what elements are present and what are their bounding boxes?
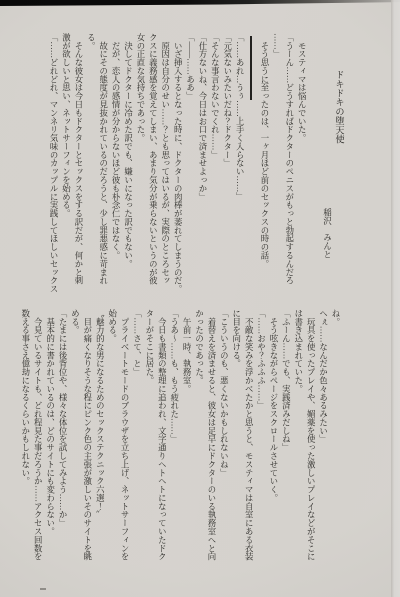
text-column: 基本的に書かれているのは、どのサイトにも変わらない。 (43, 309, 55, 570)
text-column: 〝魅力的な男になるためのセックステクニック六選！〟 (93, 309, 105, 570)
scan-artifact-mark (40, 588, 46, 590)
text-column: 「仕方ないね、今日はお口で済ませよっか」 (196, 33, 208, 294)
text-column: に目を向ける。 (229, 309, 241, 570)
text-column: 「うーん……どうすればドクターのペニスがもっと勃起するんだろ (282, 33, 294, 294)
text-column: 目が痛くなりそうな程にピンク色の主張が激しいそのサイトを眺 (80, 309, 92, 570)
scan-edge-top (0, 0, 400, 6)
page-edge-right (391, 0, 400, 597)
text-column: モスティマは悩んでいた。 (295, 33, 307, 294)
text-column: 「――……ああ」 (183, 33, 195, 294)
text-column: 「うあ〜……も、もう疲れた……」 (167, 309, 179, 570)
text-column: 今見ているサイトも、どれ程見た事だろうか……アクセス回数を (31, 309, 43, 570)
text-column: 故にその態度が見抜かれているのだろうと、少し罪悪感に苛まれ (96, 33, 108, 294)
text-column: 「こういうのも、悪くないかもしれないね」 (217, 309, 229, 570)
text-column: 「……おや？ふふふ……」 (254, 309, 266, 570)
text-column: クスに義務感を覚えてしまい、あまり気分が乗らないというのが彼 (146, 33, 158, 294)
text-column: 「……どれどれ、マンネリ気味のカップルに実践してほしいセックス (47, 33, 59, 294)
text-column: る。 (84, 33, 96, 294)
text-column: 激が欲しいと思い、ネットサーフィンを始める。 (59, 33, 71, 294)
upper-text-band: ドキドキの堕天使稲沢 みんと モスティマは悩んでいた。「うーん……どうすればドク… (47, 33, 345, 294)
text-column: そんな彼女は今日もドクターとセックスをする訳だが、何かと刺 (71, 33, 83, 294)
scene-break-rule (245, 33, 257, 294)
text-column: 玩具を使ったプレイや、媚薬を使った激しいプレイなどがそこに (304, 309, 316, 570)
text-column: 午前一時、執務室。 (180, 309, 192, 570)
lower-text-band: ね。へぇ……なんだか色々あるみたい」 玩具を使ったプレイや、媚薬を使った激しいプ… (18, 309, 341, 570)
text-column: 数える事さえ億劫になるくらいかもしれない。 (18, 309, 30, 570)
author-column: 稲沢 みんと (320, 33, 332, 294)
scanned-book-page: ドキドキの堕天使稲沢 みんと モスティマは悩んでいた。「うーん……どうすればドク… (0, 0, 400, 597)
text-column: 「……あれ…うぅ……上手く入らない……」 (233, 33, 245, 294)
text-column: 今日も書類の整理に追われ、文字通りヘトヘトになっていたドク (155, 309, 167, 570)
text-column: だが、恋人の感情が分からないほど彼も朴念仁ではなく。 (109, 33, 121, 294)
text-column: 始める。 (105, 309, 117, 570)
text-column: かったのであった。 (192, 309, 204, 570)
text-column: 「……さて、と」 (130, 309, 142, 570)
text-column: 原因は自分のせい……？とも思ってはいるが、実際のところセッ (158, 33, 170, 294)
text-column: 「そんな事言わないでくれ……」 (208, 33, 220, 294)
text-column: 決してドクターに冷めた訳でも、嫌いになった訳でもない。 (121, 33, 133, 294)
text-column: そう思うに至ったのは、一ヶ月ほど前のセックスの時の話。 (258, 33, 270, 294)
text-column: へぇ……なんだか色々あるみたい」 (316, 309, 328, 570)
dash-line (250, 36, 252, 100)
text-column: 着替えを済ませると、彼女は足早にドクターのいる執務室へと向 (205, 309, 217, 570)
text-column: そう呟きながらページをスクロールさせていく。 (267, 309, 279, 570)
text-column: 女の正直な気持ちであった。 (134, 33, 146, 294)
text-column: プライベートモードのブラウザを立ち上げ、ネットサーフィンを (118, 309, 130, 570)
text-column: ターがそこに居た。 (143, 309, 155, 570)
text-column: 「ふーん……でも、実践済みだしね」 (279, 309, 291, 570)
text-column: める。 (68, 309, 80, 570)
text-column: 「元気ないみたいだね？ドクター」 (220, 33, 232, 294)
title-column: ドキドキの堕天使 (333, 33, 345, 294)
text-column: いざ挿入するとなった時に、ドクターの肉棒が萎れてしまうのだ。 (171, 33, 183, 294)
text-column: ……」 (270, 33, 282, 294)
text-column: は書き込まれていた。 (291, 309, 303, 570)
text-column: 不敵な笑みを浮かべたかと思うと、モスティマは自室にある衣装 (242, 309, 254, 570)
text-column: ね。 (329, 309, 341, 570)
text-column: 「たまには後背位や、様々な体位を試してみよう……か」 (56, 309, 68, 570)
